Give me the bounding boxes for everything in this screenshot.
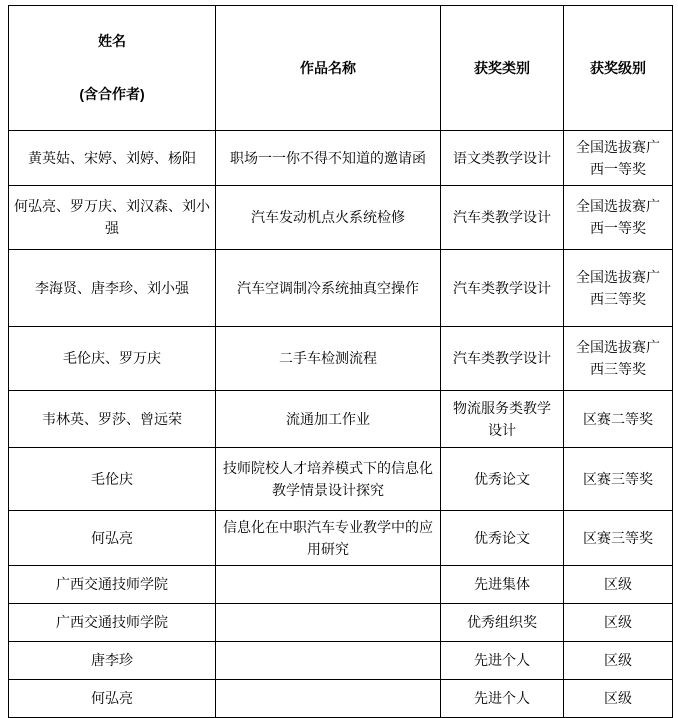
- cell-category: 先进集体: [441, 565, 564, 603]
- cell-level: 区赛三等奖: [564, 447, 673, 510]
- cell-level: 区级: [564, 641, 673, 679]
- table-row: 何弘亮信息化在中职汽车专业教学中的应 用研究优秀论文区赛三等奖: [9, 510, 673, 565]
- cell-category: 优秀论文: [441, 447, 564, 510]
- table-row: 李海贤、唐李珍、刘小强汽车空调制冷系统抽真空操作汽车类教学设计全国选拔赛广 西三…: [9, 249, 673, 326]
- cell-category: 先进个人: [441, 641, 564, 679]
- cell-level: 区级: [564, 565, 673, 603]
- cell-name: 李海贤、唐李珍、刘小强: [9, 249, 216, 326]
- awards-table-body: 黄英姑、宋婷、刘婷、杨阳职场一一你不得不知道的邀请函语文类教学设计全国选拔赛广 …: [9, 130, 673, 717]
- table-row: 何弘亮先进个人区级: [9, 679, 673, 717]
- page-container: 姓名 (含合作者) 作品名称 获奖类别 获奖级别 黄英姑、宋婷、刘婷、杨阳职场一…: [0, 0, 678, 718]
- awards-table-header: 姓名 (含合作者) 作品名称 获奖类别 获奖级别: [9, 6, 673, 131]
- table-row: 唐李珍先进个人区级: [9, 641, 673, 679]
- cell-name: 唐李珍: [9, 641, 216, 679]
- cell-category: 汽车类教学设计: [441, 185, 564, 249]
- table-row: 黄英姑、宋婷、刘婷、杨阳职场一一你不得不知道的邀请函语文类教学设计全国选拔赛广 …: [9, 130, 673, 185]
- cell-category: 汽车类教学设计: [441, 249, 564, 326]
- cell-level: 全国选拔赛广 西一等奖: [564, 185, 673, 249]
- cell-name: 广西交通技师学院: [9, 603, 216, 641]
- header-cell-name: 姓名 (含合作者): [9, 6, 216, 131]
- cell-name: 何弘亮: [9, 679, 216, 717]
- cell-name: 黄英姑、宋婷、刘婷、杨阳: [9, 130, 216, 185]
- cell-work: 汽车发动机点火系统检修: [216, 185, 441, 249]
- cell-category: 语文类教学设计: [441, 130, 564, 185]
- cell-category: 先进个人: [441, 679, 564, 717]
- cell-work: 流通加工作业: [216, 390, 441, 447]
- cell-category: 汽车类教学设计: [441, 326, 564, 390]
- header-name-line2: (含合作者): [11, 83, 213, 105]
- table-row: 广西交通技师学院优秀组织奖区级: [9, 603, 673, 641]
- cell-name: 韦林英、罗莎、曾远荣: [9, 390, 216, 447]
- cell-work: 信息化在中职汽车专业教学中的应 用研究: [216, 510, 441, 565]
- table-row: 毛伦庆、罗万庆二手车检测流程汽车类教学设计全国选拔赛广 西三等奖: [9, 326, 673, 390]
- header-cell-work: 作品名称: [216, 6, 441, 131]
- cell-work: 职场一一你不得不知道的邀请函: [216, 130, 441, 185]
- table-row: 韦林英、罗莎、曾远荣流通加工作业物流服务类教学 设计区赛二等奖: [9, 390, 673, 447]
- cell-level: 区级: [564, 679, 673, 717]
- table-row: 广西交通技师学院先进集体区级: [9, 565, 673, 603]
- cell-work: [216, 641, 441, 679]
- table-row: 毛伦庆技师院校人才培养模式下的信息化 教学情景设计探究优秀论文区赛三等奖: [9, 447, 673, 510]
- header-cell-category: 获奖类别: [441, 6, 564, 131]
- cell-category: 优秀组织奖: [441, 603, 564, 641]
- cell-work: [216, 565, 441, 603]
- cell-name: 毛伦庆、罗万庆: [9, 326, 216, 390]
- cell-name: 何弘亮: [9, 510, 216, 565]
- cell-level: 区级: [564, 603, 673, 641]
- cell-work: 二手车检测流程: [216, 326, 441, 390]
- cell-level: 区赛二等奖: [564, 390, 673, 447]
- header-row: 姓名 (含合作者) 作品名称 获奖类别 获奖级别: [9, 6, 673, 131]
- cell-work: [216, 603, 441, 641]
- header-name-line1: 姓名: [11, 30, 213, 52]
- cell-level: 全国选拔赛广 西三等奖: [564, 326, 673, 390]
- cell-work: 汽车空调制冷系统抽真空操作: [216, 249, 441, 326]
- header-cell-level: 获奖级别: [564, 6, 673, 131]
- cell-work: 技师院校人才培养模式下的信息化 教学情景设计探究: [216, 447, 441, 510]
- awards-table: 姓名 (含合作者) 作品名称 获奖类别 获奖级别 黄英姑、宋婷、刘婷、杨阳职场一…: [8, 5, 673, 718]
- cell-category: 物流服务类教学 设计: [441, 390, 564, 447]
- cell-name: 何弘亮、罗万庆、刘汉森、刘小 强: [9, 185, 216, 249]
- table-row: 何弘亮、罗万庆、刘汉森、刘小 强汽车发动机点火系统检修汽车类教学设计全国选拔赛广…: [9, 185, 673, 249]
- cell-level: 全国选拔赛广 西三等奖: [564, 249, 673, 326]
- cell-name: 广西交通技师学院: [9, 565, 216, 603]
- cell-work: [216, 679, 441, 717]
- cell-category: 优秀论文: [441, 510, 564, 565]
- cell-name: 毛伦庆: [9, 447, 216, 510]
- cell-level: 区赛三等奖: [564, 510, 673, 565]
- cell-level: 全国选拔赛广 西一等奖: [564, 130, 673, 185]
